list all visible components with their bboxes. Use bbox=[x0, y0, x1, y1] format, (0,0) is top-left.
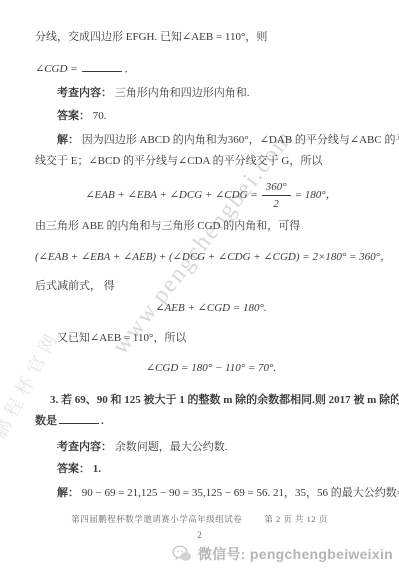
q2-blank-line: ∠CGD = ． bbox=[35, 61, 135, 76]
solution-line2-text: 线交于 E；∠BCD 的平分线与∠CDA 的平分线交于 G，所以 bbox=[35, 155, 322, 167]
q3-blank-suffix: . bbox=[101, 415, 104, 427]
q3-answer-blank bbox=[59, 413, 99, 424]
q3-solution-label: 解： bbox=[57, 487, 79, 499]
q2-known-line: 又已知∠AEB = 110°，所以 bbox=[57, 331, 186, 345]
q2-subtract-line: 后式减前式， 得 bbox=[35, 279, 115, 293]
q2-solution-line2: 线交于 E；∠BCD 的平分线与∠CDA 的平分线交于 G，所以 bbox=[35, 154, 322, 168]
q3-exam-content-line: 考查内容： 余数问题，最大公约数. bbox=[57, 440, 228, 454]
q3-answer-text: 1. bbox=[93, 463, 101, 475]
q2-derivation-line: 由三角形 ABE 的内角和与三角形 CGD 的内角和，可得 bbox=[35, 219, 300, 233]
formula2-text: (∠EAB + ∠EBA + ∠AEB) + (∠DCG + ∠CDG + ∠C… bbox=[35, 251, 391, 263]
q3-exam-content-text: 余数问题，最大公约数. bbox=[115, 441, 228, 453]
footer-page-info: 第 2 页 共 12 页 bbox=[264, 514, 327, 524]
q2-solution-line1: 解： 因为四边形 ABCD 的内角和为360°，∠DAB 的平分线与∠ABC 的… bbox=[57, 133, 399, 147]
q2-line1-text: 分线，交成四边形 EFGH. 已知∠AEB = 110°，则 bbox=[35, 31, 267, 43]
answer-label: 答案： bbox=[57, 110, 90, 122]
formula4-text: ∠CGD = 180° − 110° = 70°. bbox=[146, 362, 276, 374]
formula1-rhs: = 180°， bbox=[295, 189, 337, 201]
formula1-numerator: 360° bbox=[262, 180, 291, 195]
q3-statement-line2: 数是. bbox=[35, 413, 104, 428]
document-page: www.pengchengbei.com 鹏程杯官网 分线，交成四边形 EFGH… bbox=[0, 0, 399, 571]
derivation-text: 由三角形 ABE 的内角和与三角形 CGD 的内角和，可得 bbox=[35, 220, 300, 232]
exam-content-text: 三角形内角和四边形内角和. bbox=[115, 87, 250, 99]
q3-solution-line: 解： 90 − 69 = 21,125 − 90 = 35,125 − 69 =… bbox=[57, 486, 399, 500]
footer-caption: 第四届鹏程杯数学邀请赛小学高年级组试卷第 2 页 共 12 页 bbox=[0, 513, 399, 525]
formula1-lhs: ∠EAB + ∠EBA + ∠DCG + ∠CDG = bbox=[85, 189, 257, 201]
formula-bisector-sum: ∠EAB + ∠EBA + ∠DCG + ∠CDG =360°2= 180°， bbox=[35, 180, 387, 211]
answer-text: 70. bbox=[93, 110, 107, 122]
q3-solution-text: 90 − 69 = 21,125 − 90 = 35,125 − 69 = 56… bbox=[82, 487, 399, 499]
wechat-label: 微信号: pengchengbeiweixin bbox=[198, 544, 393, 564]
q3-answer-label: 答案： bbox=[57, 463, 90, 475]
q2-blank-suffix: ． bbox=[124, 63, 135, 75]
exam-content-label: 考查内容： bbox=[57, 87, 112, 99]
q2-exam-content-line: 考查内容： 三角形内角和四边形内角和. bbox=[57, 86, 250, 100]
wechat-contact-bar: 微信号: pengchengbeiweixin bbox=[172, 544, 393, 564]
formula-cgd-result: ∠CGD = 180° − 110° = 70°. bbox=[35, 361, 387, 375]
q3-statement-line1: 3. 若 69、90 和 125 被大于 1 的整数 m 除的余数都相同.则 2… bbox=[50, 393, 399, 407]
q2-blank-prefix: ∠CGD = bbox=[35, 63, 78, 75]
q3-line1-text: 3. 若 69、90 和 125 被大于 1 的整数 m 除的余数都相同.则 2… bbox=[50, 394, 399, 406]
formula3-text: ∠AEB + ∠CGD = 180°. bbox=[155, 302, 266, 314]
subtract-text: 后式减前式， 得 bbox=[35, 280, 115, 292]
wechat-icon bbox=[172, 545, 192, 563]
q3-blank-prefix: 数是 bbox=[35, 415, 57, 427]
formula-aeb-cgd-sum: ∠AEB + ∠CGD = 180°. bbox=[35, 301, 387, 315]
solution-line1-text: 因为四边形 ABCD 的内角和为360°，∠DAB 的平分线与∠ABC 的平分 bbox=[82, 134, 399, 146]
formula1-fraction: 360°2 bbox=[262, 180, 291, 211]
q2-answer-line: 答案： 70. bbox=[57, 109, 107, 123]
page-number: 2 bbox=[0, 530, 399, 540]
q3-answer-line: 答案： 1. bbox=[57, 462, 101, 476]
q2-continuation-line: 分线，交成四边形 EFGH. 已知∠AEB = 110°，则 bbox=[35, 30, 267, 44]
formula1-denominator: 2 bbox=[262, 195, 291, 211]
q2-answer-blank bbox=[82, 61, 122, 72]
footer-doc-title: 第四届鹏程杯数学邀请赛小学高年级组试卷 bbox=[71, 514, 242, 524]
known-text: 又已知∠AEB = 110°，所以 bbox=[57, 332, 186, 344]
solution-label: 解： bbox=[57, 134, 79, 146]
formula-angle-total: (∠EAB + ∠EBA + ∠AEB) + (∠DCG + ∠CDG + ∠C… bbox=[35, 250, 387, 264]
q3-exam-content-label: 考查内容： bbox=[57, 441, 112, 453]
